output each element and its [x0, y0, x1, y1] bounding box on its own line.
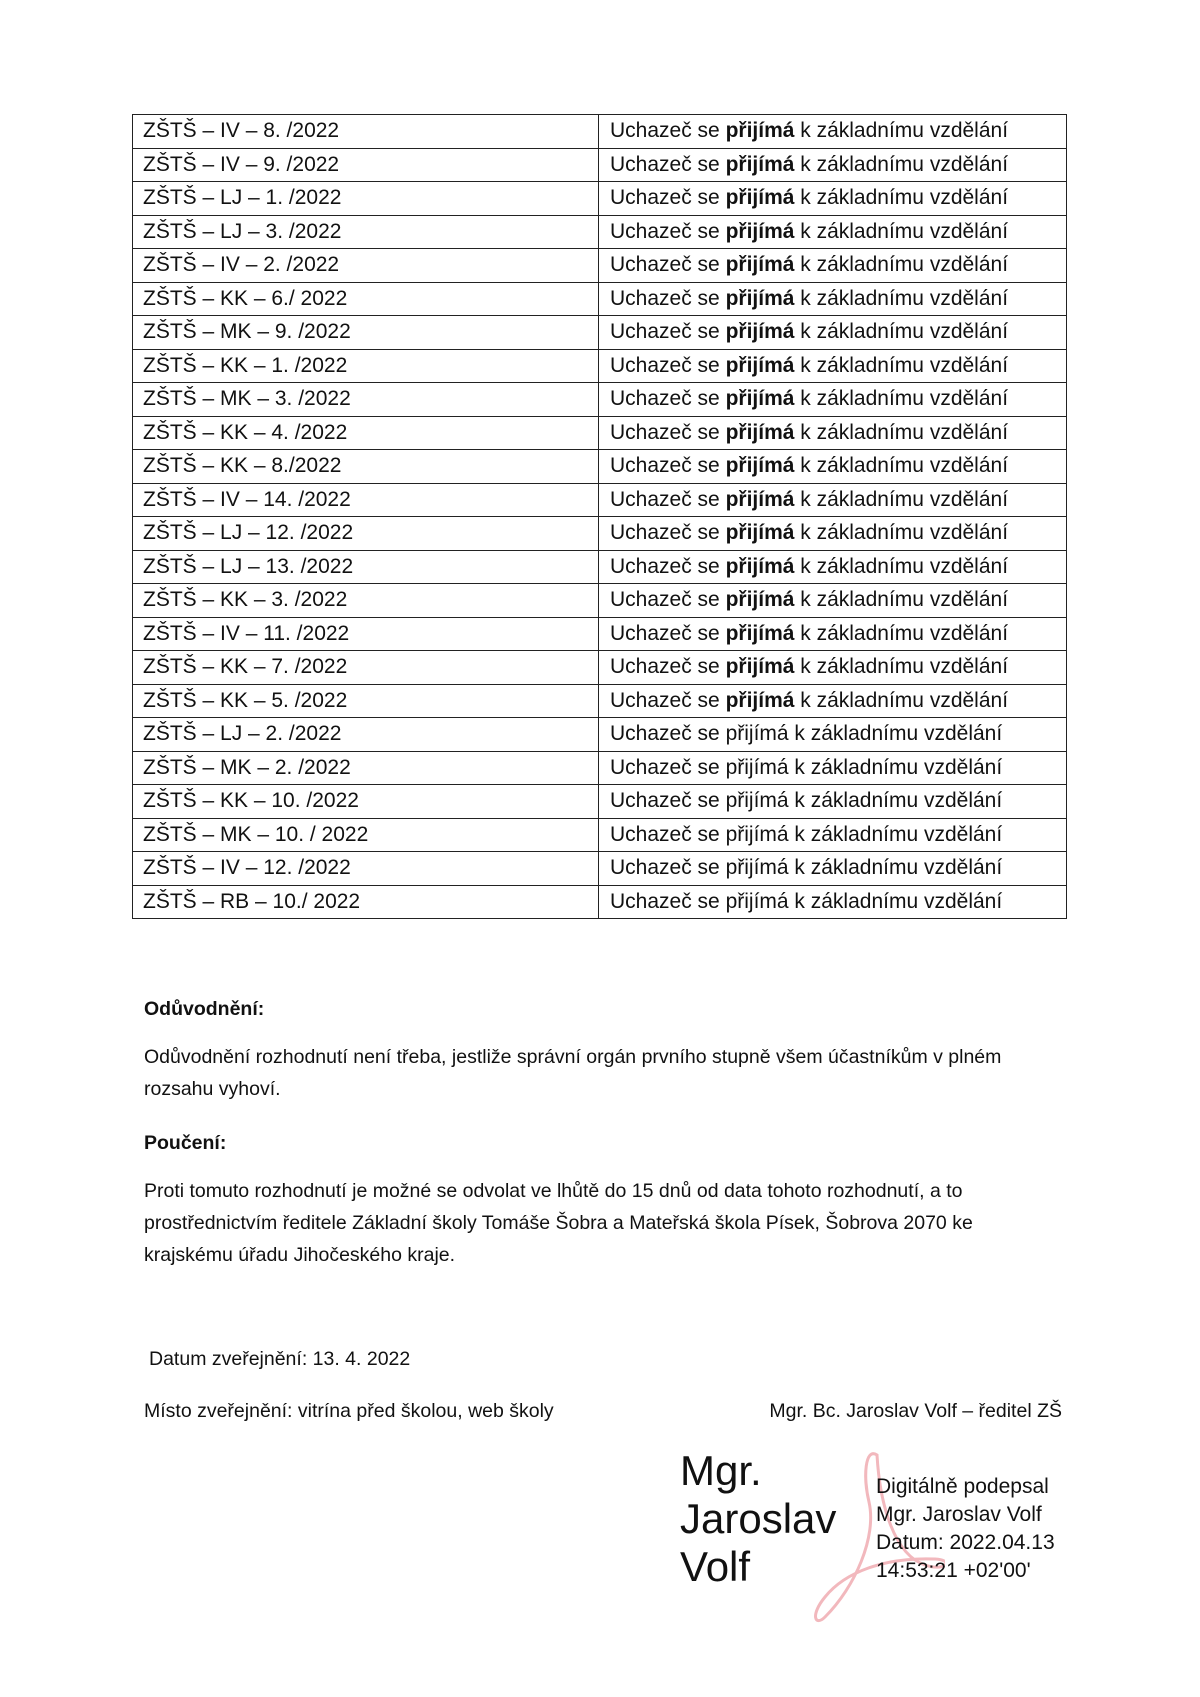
- decision-text: Uchazeč se: [610, 186, 726, 209]
- admission-decision: Uchazeč se přijímá k základnímu vzdělání: [599, 517, 1067, 551]
- decision-text: Uchazeč se: [610, 789, 726, 812]
- decision-text: k základnímu vzdělání: [794, 655, 1008, 678]
- table-row: ZŠTŠ – MK – 10. / 2022Uchazeč se přijímá…: [133, 818, 1067, 852]
- decision-text: k základnímu vzdělání: [789, 756, 1003, 779]
- decision-verb: přijímá: [726, 354, 795, 377]
- pouceni-heading: Poučení:: [144, 1127, 226, 1159]
- admission-decision: Uchazeč se přijímá k základnímu vzdělání: [599, 383, 1067, 417]
- signer-name-line: Volf: [680, 1543, 836, 1591]
- decision-verb: přijímá: [726, 789, 789, 812]
- admission-decision: Uchazeč se přijímá k základnímu vzdělání: [599, 550, 1067, 584]
- admission-decision: Uchazeč se přijímá k základnímu vzdělání: [599, 450, 1067, 484]
- signature-detail-line: 14:53:21 +02'00': [876, 1557, 1055, 1585]
- table-row: ZŠTŠ – RB – 10./ 2022Uchazeč se přijímá …: [133, 885, 1067, 919]
- table-row: ZŠTŠ – IV – 12. /2022Uchazeč se přijímá …: [133, 852, 1067, 886]
- admission-decision: Uchazeč se přijímá k základnímu vzdělání: [599, 584, 1067, 618]
- applicant-code: ZŠTŠ – IV – 14. /2022: [133, 483, 599, 517]
- admission-decision: Uchazeč se přijímá k základnímu vzdělání: [599, 718, 1067, 752]
- decision-text: Uchazeč se: [610, 320, 726, 343]
- table-row: ZŠTŠ – KK – 1. /2022Uchazeč se přijímá k…: [133, 349, 1067, 383]
- applicant-code: ZŠTŠ – KK – 1. /2022: [133, 349, 599, 383]
- table-row: ZŠTŠ – KK – 8./2022Uchazeč se přijímá k …: [133, 450, 1067, 484]
- admission-decision: Uchazeč se přijímá k základnímu vzdělání: [599, 684, 1067, 718]
- decision-verb: přijímá: [726, 153, 795, 176]
- decision-text: Uchazeč se: [610, 856, 726, 879]
- signature-details: Digitálně podepsal Mgr. Jaroslav Volf Da…: [876, 1473, 1055, 1585]
- applicant-code: ZŠTŠ – LJ – 1. /2022: [133, 182, 599, 216]
- decision-verb: přijímá: [726, 454, 795, 477]
- decision-text: Uchazeč se: [610, 387, 726, 410]
- decision-text: Uchazeč se: [610, 253, 726, 276]
- decision-text: k základnímu vzdělání: [794, 220, 1008, 243]
- admission-decision: Uchazeč se přijímá k základnímu vzdělání: [599, 751, 1067, 785]
- decision-text: Uchazeč se: [610, 722, 726, 745]
- decision-text: k základnímu vzdělání: [794, 387, 1008, 410]
- decision-verb: přijímá: [726, 387, 795, 410]
- decision-text: Uchazeč se: [610, 890, 726, 913]
- decision-text: k základnímu vzdělání: [794, 186, 1008, 209]
- decision-text: k základnímu vzdělání: [794, 555, 1008, 578]
- table-row: ZŠTŠ – IV – 8. /2022Uchazeč se přijímá k…: [133, 115, 1067, 149]
- decision-text: Uchazeč se: [610, 287, 726, 310]
- table-row: ZŠTŠ – IV – 9. /2022Uchazeč se přijímá k…: [133, 148, 1067, 182]
- decision-verb: přijímá: [726, 220, 795, 243]
- table-row: ZŠTŠ – LJ – 2. /2022Uchazeč se přijímá k…: [133, 718, 1067, 752]
- admission-decision: Uchazeč se přijímá k základnímu vzdělání: [599, 483, 1067, 517]
- applicant-code: ZŠTŠ – MK – 10. / 2022: [133, 818, 599, 852]
- table-row: ZŠTŠ – IV – 2. /2022Uchazeč se přijímá k…: [133, 249, 1067, 283]
- decision-verb: přijímá: [726, 823, 789, 846]
- applicant-code: ZŠTŠ – KK – 8./2022: [133, 450, 599, 484]
- decision-verb: přijímá: [726, 756, 789, 779]
- table-row: ZŠTŠ – LJ – 13. /2022Uchazeč se přijímá …: [133, 550, 1067, 584]
- applicant-code: ZŠTŠ – KK – 5. /2022: [133, 684, 599, 718]
- decision-text: k základnímu vzdělání: [794, 119, 1008, 142]
- decision-text: k základnímu vzdělání: [794, 287, 1008, 310]
- decision-verb: přijímá: [726, 622, 795, 645]
- admission-decision: Uchazeč se přijímá k základnímu vzdělání: [599, 249, 1067, 283]
- decision-text: Uchazeč se: [610, 153, 726, 176]
- decision-verb: přijímá: [726, 722, 789, 745]
- oduvodneni-text: Odůvodnění rozhodnutí není třeba, jestli…: [144, 1041, 1064, 1105]
- decision-text: k základnímu vzdělání: [794, 354, 1008, 377]
- table-row: ZŠTŠ – KK – 7. /2022Uchazeč se přijímá k…: [133, 651, 1067, 685]
- admission-decision: Uchazeč se přijímá k základnímu vzdělání: [599, 416, 1067, 450]
- decision-verb: přijímá: [726, 287, 795, 310]
- decision-text: k základnímu vzdělání: [794, 488, 1008, 511]
- decision-verb: přijímá: [726, 253, 795, 276]
- admission-decision: Uchazeč se přijímá k základnímu vzdělání: [599, 148, 1067, 182]
- decision-text: k základnímu vzdělání: [794, 153, 1008, 176]
- admission-decision: Uchazeč se přijímá k základnímu vzdělání: [599, 115, 1067, 149]
- table-row: ZŠTŠ – LJ – 1. /2022Uchazeč se přijímá k…: [133, 182, 1067, 216]
- applicant-code: ZŠTŠ – KK – 6./ 2022: [133, 282, 599, 316]
- table-row: ZŠTŠ – MK – 3. /2022Uchazeč se přijímá k…: [133, 383, 1067, 417]
- table-row: ZŠTŠ – KK – 10. /2022Uchazeč se přijímá …: [133, 785, 1067, 819]
- applicant-code: ZŠTŠ – IV – 11. /2022: [133, 617, 599, 651]
- applicant-code: ZŠTŠ – LJ – 3. /2022: [133, 215, 599, 249]
- table-row: ZŠTŠ – IV – 14. /2022Uchazeč se přijímá …: [133, 483, 1067, 517]
- table-row: ZŠTŠ – KK – 4. /2022Uchazeč se přijímá k…: [133, 416, 1067, 450]
- decision-text: k základnímu vzdělání: [789, 890, 1003, 913]
- decision-text: Uchazeč se: [610, 220, 726, 243]
- applicant-code: ZŠTŠ – MK – 2. /2022: [133, 751, 599, 785]
- decision-verb: přijímá: [726, 119, 795, 142]
- decision-verb: přijímá: [726, 856, 789, 879]
- applicant-code: ZŠTŠ – KK – 4. /2022: [133, 416, 599, 450]
- pouceni-text: Proti tomuto rozhodnutí je možné se odvo…: [144, 1175, 1064, 1271]
- admission-decision: Uchazeč se přijímá k základnímu vzdělání: [599, 282, 1067, 316]
- decision-verb: přijímá: [726, 521, 795, 544]
- decision-text: k základnímu vzdělání: [794, 521, 1008, 544]
- signer-name-line: Mgr.: [680, 1447, 836, 1495]
- decision-text: Uchazeč se: [610, 689, 726, 712]
- applicant-code: ZŠTŠ – KK – 7. /2022: [133, 651, 599, 685]
- table-row: ZŠTŠ – KK – 6./ 2022Uchazeč se přijímá k…: [133, 282, 1067, 316]
- decision-text: k základnímu vzdělání: [789, 789, 1003, 812]
- admission-decision: Uchazeč se přijímá k základnímu vzdělání: [599, 182, 1067, 216]
- table-row: ZŠTŠ – IV – 11. /2022Uchazeč se přijímá …: [133, 617, 1067, 651]
- applicant-code: ZŠTŠ – IV – 9. /2022: [133, 148, 599, 182]
- decision-text: Uchazeč se: [610, 119, 726, 142]
- publication-place: Místo zveřejnění: vitrína před školou, w…: [144, 1395, 554, 1427]
- decision-text: Uchazeč se: [610, 588, 726, 611]
- decision-text: k základnímu vzdělání: [794, 421, 1008, 444]
- decision-text: k základnímu vzdělání: [794, 253, 1008, 276]
- table-row: ZŠTŠ – LJ – 12. /2022Uchazeč se přijímá …: [133, 517, 1067, 551]
- table-row: ZŠTŠ – KK – 3. /2022Uchazeč se přijímá k…: [133, 584, 1067, 618]
- applicant-code: ZŠTŠ – IV – 2. /2022: [133, 249, 599, 283]
- applicant-code: ZŠTŠ – IV – 12. /2022: [133, 852, 599, 886]
- admission-decision: Uchazeč se přijímá k základnímu vzdělání: [599, 651, 1067, 685]
- publication-date: Datum zveřejnění: 13. 4. 2022: [149, 1343, 410, 1375]
- applicant-code: ZŠTŠ – KK – 3. /2022: [133, 584, 599, 618]
- applicant-code: ZŠTŠ – RB – 10./ 2022: [133, 885, 599, 919]
- admission-decision: Uchazeč se přijímá k základnímu vzdělání: [599, 852, 1067, 886]
- decision-text: Uchazeč se: [610, 421, 726, 444]
- decision-verb: přijímá: [726, 421, 795, 444]
- decision-text: Uchazeč se: [610, 756, 726, 779]
- admission-decision: Uchazeč se přijímá k základnímu vzdělání: [599, 885, 1067, 919]
- decision-text: k základnímu vzdělání: [794, 588, 1008, 611]
- applicant-code: ZŠTŠ – MK – 9. /2022: [133, 316, 599, 350]
- decision-verb: přijímá: [726, 588, 795, 611]
- signature-detail-line: Digitálně podepsal: [876, 1473, 1055, 1501]
- signature-detail-line: Datum: 2022.04.13: [876, 1529, 1055, 1557]
- decision-text: k základnímu vzdělání: [794, 320, 1008, 343]
- table-row: ZŠTŠ – LJ – 3. /2022Uchazeč se přijímá k…: [133, 215, 1067, 249]
- director-name: Mgr. Bc. Jaroslav Volf – ředitel ZŠ: [769, 1395, 1062, 1427]
- decision-text: Uchazeč se: [610, 488, 726, 511]
- decision-text: Uchazeč se: [610, 454, 726, 477]
- decision-text: k základnímu vzdělání: [794, 454, 1008, 477]
- admission-decision: Uchazeč se přijímá k základnímu vzdělání: [599, 349, 1067, 383]
- table-row: ZŠTŠ – MK – 9. /2022Uchazeč se přijímá k…: [133, 316, 1067, 350]
- signer-name-large: Mgr. Jaroslav Volf: [680, 1447, 836, 1591]
- decision-text: Uchazeč se: [610, 555, 726, 578]
- admission-decision: Uchazeč se přijímá k základnímu vzdělání: [599, 818, 1067, 852]
- oduvodneni-heading: Odůvodnění:: [144, 993, 264, 1025]
- admission-decision: Uchazeč se přijímá k základnímu vzdělání: [599, 316, 1067, 350]
- decision-verb: přijímá: [726, 655, 795, 678]
- decision-text: k základnímu vzdělání: [789, 823, 1003, 846]
- decision-verb: přijímá: [726, 555, 795, 578]
- decision-text: k základnímu vzdělání: [794, 622, 1008, 645]
- table-row: ZŠTŠ – MK – 2. /2022Uchazeč se přijímá k…: [133, 751, 1067, 785]
- decision-text: k základnímu vzdělání: [789, 856, 1003, 879]
- digital-signature[interactable]: Mgr. Jaroslav Volf Digitálně podepsal Mg…: [680, 1447, 1080, 1617]
- decision-text: Uchazeč se: [610, 655, 726, 678]
- decision-verb: přijímá: [726, 890, 789, 913]
- decision-verb: přijímá: [726, 320, 795, 343]
- decision-text: k základnímu vzdělání: [794, 689, 1008, 712]
- decision-text: k základnímu vzdělání: [789, 722, 1003, 745]
- applicant-code: ZŠTŠ – LJ – 13. /2022: [133, 550, 599, 584]
- admission-decision: Uchazeč se přijímá k základnímu vzdělání: [599, 215, 1067, 249]
- decision-text: Uchazeč se: [610, 622, 726, 645]
- admission-results-table: ZŠTŠ – IV – 8. /2022Uchazeč se přijímá k…: [132, 114, 1067, 919]
- decision-text: Uchazeč se: [610, 521, 726, 544]
- decision-verb: přijímá: [726, 689, 795, 712]
- applicant-code: ZŠTŠ – LJ – 12. /2022: [133, 517, 599, 551]
- decision-verb: přijímá: [726, 186, 795, 209]
- decision-text: Uchazeč se: [610, 823, 726, 846]
- applicant-code: ZŠTŠ – LJ – 2. /2022: [133, 718, 599, 752]
- document-page: ZŠTŠ – IV – 8. /2022Uchazeč se přijímá k…: [0, 0, 1200, 1697]
- admission-decision: Uchazeč se přijímá k základnímu vzdělání: [599, 617, 1067, 651]
- decision-text: Uchazeč se: [610, 354, 726, 377]
- admission-decision: Uchazeč se přijímá k základnímu vzdělání: [599, 785, 1067, 819]
- signer-name-line: Jaroslav: [680, 1495, 836, 1543]
- decision-verb: přijímá: [726, 488, 795, 511]
- signature-detail-line: Mgr. Jaroslav Volf: [876, 1501, 1055, 1529]
- table-row: ZŠTŠ – KK – 5. /2022Uchazeč se přijímá k…: [133, 684, 1067, 718]
- applicant-code: ZŠTŠ – KK – 10. /2022: [133, 785, 599, 819]
- applicant-code: ZŠTŠ – MK – 3. /2022: [133, 383, 599, 417]
- applicant-code: ZŠTŠ – IV – 8. /2022: [133, 115, 599, 149]
